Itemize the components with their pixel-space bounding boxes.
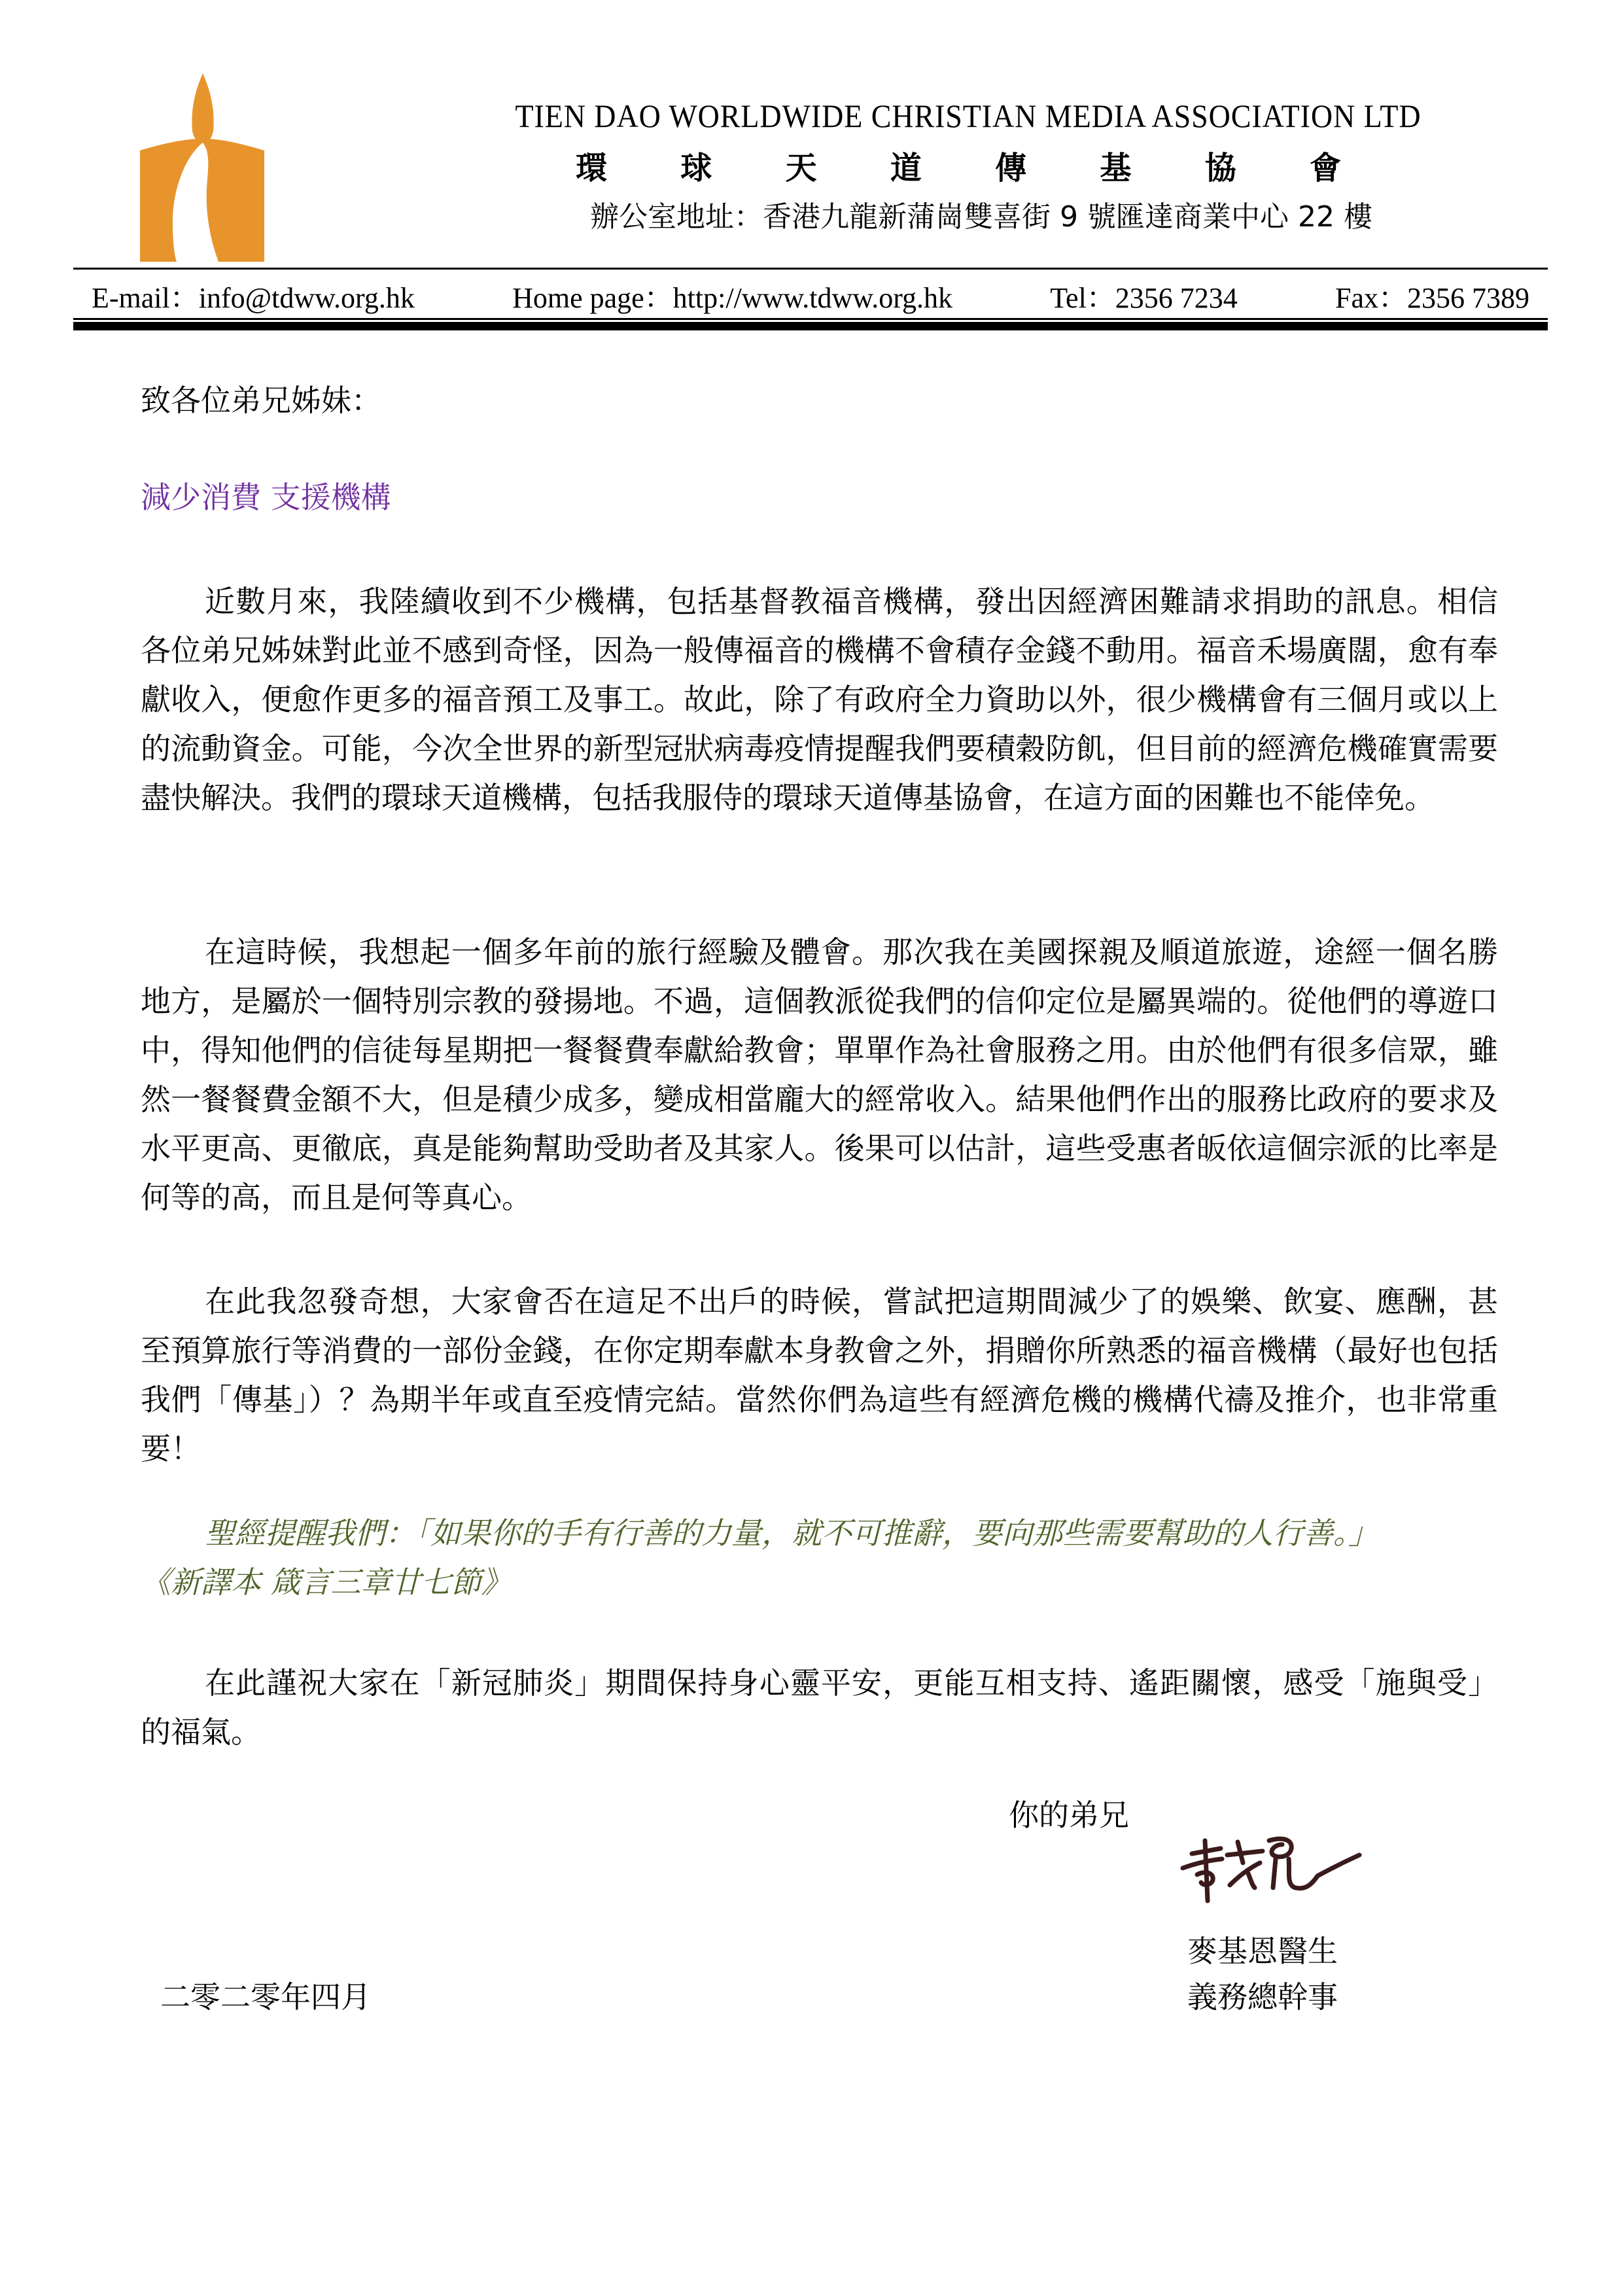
org-char: 協: [1205, 143, 1236, 188]
email-link[interactable]: E-mail：info@tdww.org.hk: [92, 274, 415, 316]
candle-logo-icon: [140, 71, 311, 264]
org-char: 會: [1310, 143, 1341, 188]
organization-logo: [140, 71, 311, 264]
header-divider-thin: [73, 318, 1548, 320]
org-char: 環: [576, 143, 607, 188]
scripture-quote: 聖經提醒我們：「如果你的手有行善的力量，就不可推辭，要向那些需要幫助的人行善。」: [141, 1509, 1521, 1558]
org-char: 道: [890, 143, 922, 188]
letter-date: 二零二零年四月: [160, 1973, 371, 2022]
homepage-link[interactable]: Home page：http://www.tdww.org.hk: [512, 274, 952, 316]
scripture-reference: 《新譯本 箴言三章廿七節》: [141, 1558, 1521, 1607]
salutation: 致各位弟兄姊妹：: [141, 376, 381, 425]
letter-title: 減少消費 支援機構: [141, 473, 391, 522]
org-char: 天: [786, 143, 817, 188]
org-char: 傳: [995, 143, 1026, 188]
scripture-quote-block: 聖經提醒我們：「如果你的手有行善的力量，就不可推辭，要向那些需要幫助的人行善。」…: [141, 1509, 1521, 1607]
signatory-title: 義務總幹事: [1187, 1973, 1338, 2022]
signature: [1178, 1822, 1367, 1907]
paragraph-1: 近數月來，我陸續收到不少機構，包括基督教福音機構，發出因經濟困難請求捐助的訊息。…: [141, 577, 1498, 822]
header-divider-top: [73, 268, 1548, 270]
organization-name-chinese: 環 球 天 道 傳 基 協 會: [576, 143, 1341, 188]
signatory-name: 麥基恩醫生: [1187, 1927, 1338, 1976]
organization-name-english: TIEN DAO WORLDWIDE CHRISTIAN MEDIA ASSOC…: [475, 97, 1462, 135]
org-char: 球: [680, 143, 712, 188]
fax-number: Fax：2356 7389: [1335, 274, 1529, 316]
telephone-number: Tel：2356 7234: [1050, 274, 1238, 316]
office-address: 辦公室地址：香港九龍新蒲崗雙喜街 9 號匯達商業中心 22 樓: [523, 193, 1439, 235]
org-char: 基: [1100, 143, 1131, 188]
paragraph-3: 在此我忽發奇想，大家會否在這足不出戶的時候，嘗試把這期間減少了的娛樂、飲宴、應酬…: [141, 1277, 1498, 1474]
blessing-paragraph: 在此謹祝大家在「新冠肺炎」期間保持身心靈平安，更能互相支持、遙距關懷，感受「施與…: [141, 1659, 1498, 1757]
paragraph-2: 在這時候，我想起一個多年前的旅行經驗及體會。那次我在美國探親及順道旅遊，途經一個…: [141, 928, 1498, 1222]
closing-phrase: 你的弟兄: [1009, 1791, 1129, 1840]
handwritten-signature-icon: [1178, 1822, 1367, 1907]
header-divider-thick: [73, 322, 1548, 330]
contact-bar: E-mail：info@tdww.org.hk Home page：http:/…: [73, 275, 1548, 315]
